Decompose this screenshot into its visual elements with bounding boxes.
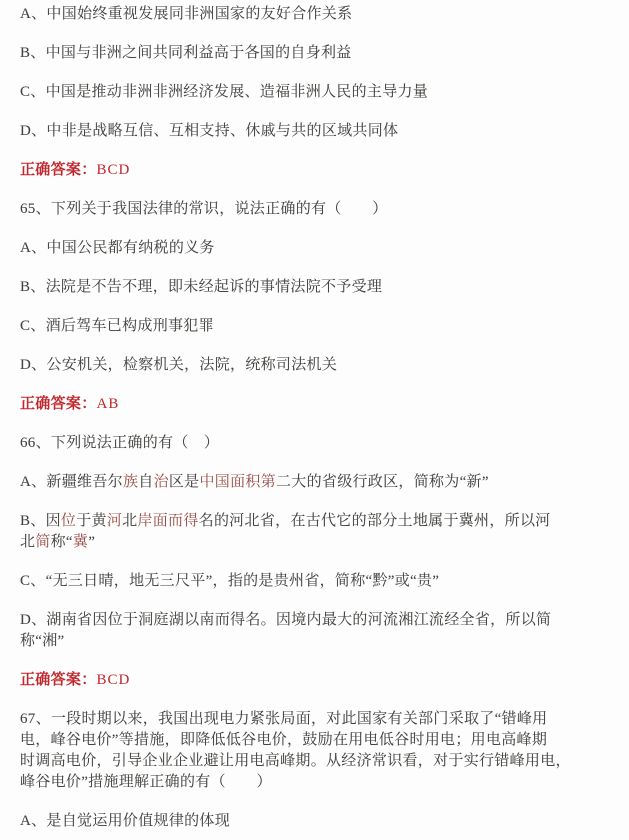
answer-value: BCD <box>97 162 131 178</box>
text-segment: 北 <box>20 534 35 550</box>
text-segment: 于黄 <box>76 513 107 529</box>
option-text: B、因位于黄河北岸面而得名的河北省，在古代它的部分土地属于冀州，所以河北简称“冀… <box>20 511 609 553</box>
option-text: D、公安机关，检察机关，法院，统称司法机关 <box>20 355 609 376</box>
option-text: D、湖南省因位于洞庭湖以南而得名。因境内最大的河流湘江流经全省，所以简称“湘” <box>20 610 609 652</box>
answer-value: BCD <box>97 672 131 688</box>
text-segment: 自 <box>138 474 153 490</box>
text-segment: B、中国与非洲之间共同利益高于各国的自身利益 <box>20 45 352 61</box>
text-segment: 67、一段时期以来，我国出现电力紧张局面，对此国家有关部门采取了“错峰用 <box>20 711 547 727</box>
option-text: A、中国公民都有纳税的义务 <box>20 238 609 259</box>
text-segment: D、公安机关，检察机关，法院，统称司法机关 <box>20 357 337 373</box>
text-segment: 称“湘” <box>20 633 65 649</box>
text-segment: B、因 <box>20 513 61 529</box>
answer-line: 正确答案：AB <box>20 394 609 415</box>
highlighted-text: 位 <box>61 513 76 529</box>
text-segment: 区是 <box>169 474 200 490</box>
option-text: A、新疆维吾尔族自治区是中国面积第二大的省级行政区，简称为“新” <box>20 472 609 493</box>
text-segment: C、中国是推动非洲非洲经济发展、造福非洲人民的主导力量 <box>20 84 428 100</box>
option-text: B、中国与非洲之间共同利益高于各国的自身利益 <box>20 43 609 64</box>
option-text: A、是自觉运用价值规律的体现 <box>20 811 609 832</box>
document-page: A、中国始终重视发展同非洲国家的友好合作关系 B、中国与非洲之间共同利益高于各国… <box>0 0 629 832</box>
answer-line: 正确答案：BCD <box>20 670 609 691</box>
option-text: C、酒后驾车已构成刑事犯罪 <box>20 316 609 337</box>
question-text: 66、下列说法正确的有（ ） <box>20 433 609 454</box>
text-segment: C、“无三日晴，地无三尺平”，指的是贵州省，简称“黔”或“贵” <box>20 573 439 589</box>
text-segment: ” <box>88 534 95 550</box>
text-segment: A、中国始终重视发展同非洲国家的友好合作关系 <box>20 6 352 22</box>
text-segment: 二大的省级行政区，简称为“新” <box>276 474 489 490</box>
text-segment: 称“ <box>51 534 73 550</box>
highlighted-text: 岸面而得 <box>137 513 198 529</box>
option-text: C、“无三日晴，地无三尺平”，指的是贵州省，简称“黔”或“贵” <box>20 571 609 592</box>
text-segment: 峰谷电价”措施理解正确的有（ ） <box>20 774 272 790</box>
answer-label: 正确答案： <box>20 162 97 178</box>
answer-value: AB <box>97 396 120 412</box>
answer-label: 正确答案： <box>20 396 97 412</box>
text-segment: 65、下列关于我国法律的常识，说法正确的有（ ） <box>20 201 388 217</box>
option-text: D、中非是战略互信、互相支持、休戚与共的区域共同体 <box>20 121 609 142</box>
highlighted-text: 族 <box>123 474 138 490</box>
highlighted-text: 冀 <box>73 534 88 550</box>
text-segment: A、中国公民都有纳税的义务 <box>20 240 215 256</box>
question-text: 65、下列关于我国法律的常识，说法正确的有（ ） <box>20 199 609 220</box>
text-segment: 电，峰谷电价”等措施，即降低低谷电价，鼓励在用电低谷时用电；用电高峰期 <box>20 732 547 748</box>
text-segment: C、酒后驾车已构成刑事犯罪 <box>20 318 214 334</box>
option-text: B、法院是不告不理，即未经起诉的事情法院不予受理 <box>20 277 609 298</box>
highlighted-text: 治 <box>154 474 169 490</box>
text-segment: D、中非是战略互信、互相支持、休戚与共的区域共同体 <box>20 123 398 139</box>
answer-line: 正确答案：BCD <box>20 160 609 181</box>
text-segment: B、法院是不告不理，即未经起诉的事情法院不予受理 <box>20 279 382 295</box>
text-segment: A、新疆维吾尔 <box>20 474 123 490</box>
option-text: A、中国始终重视发展同非洲国家的友好合作关系 <box>20 4 609 25</box>
text-segment: 北 <box>122 513 137 529</box>
highlighted-text: 河 <box>107 513 122 529</box>
option-text: C、中国是推动非洲非洲经济发展、造福非洲人民的主导力量 <box>20 82 609 103</box>
highlighted-text: 中国面积第 <box>199 474 276 490</box>
question-text: 67、一段时期以来，我国出现电力紧张局面，对此国家有关部门采取了“错峰用电，峰谷… <box>20 709 609 793</box>
text-segment: 66、下列说法正确的有（ ） <box>20 435 219 451</box>
text-segment: D、湖南省因位于洞庭湖以南而得名。因境内最大的河流湘江流经全省，所以简 <box>20 612 551 628</box>
answer-label: 正确答案： <box>20 672 97 688</box>
text-segment: 时调高电价，引导企业企业避让用电高峰期。从经济常识看，对于实行错峰用电， <box>20 753 571 769</box>
text-segment: 名的河北省，在古代它的部分土地属于冀州，所以河 <box>199 513 551 529</box>
text-segment: A、是自觉运用价值规律的体现 <box>20 813 230 829</box>
highlighted-text: 简 <box>35 534 50 550</box>
